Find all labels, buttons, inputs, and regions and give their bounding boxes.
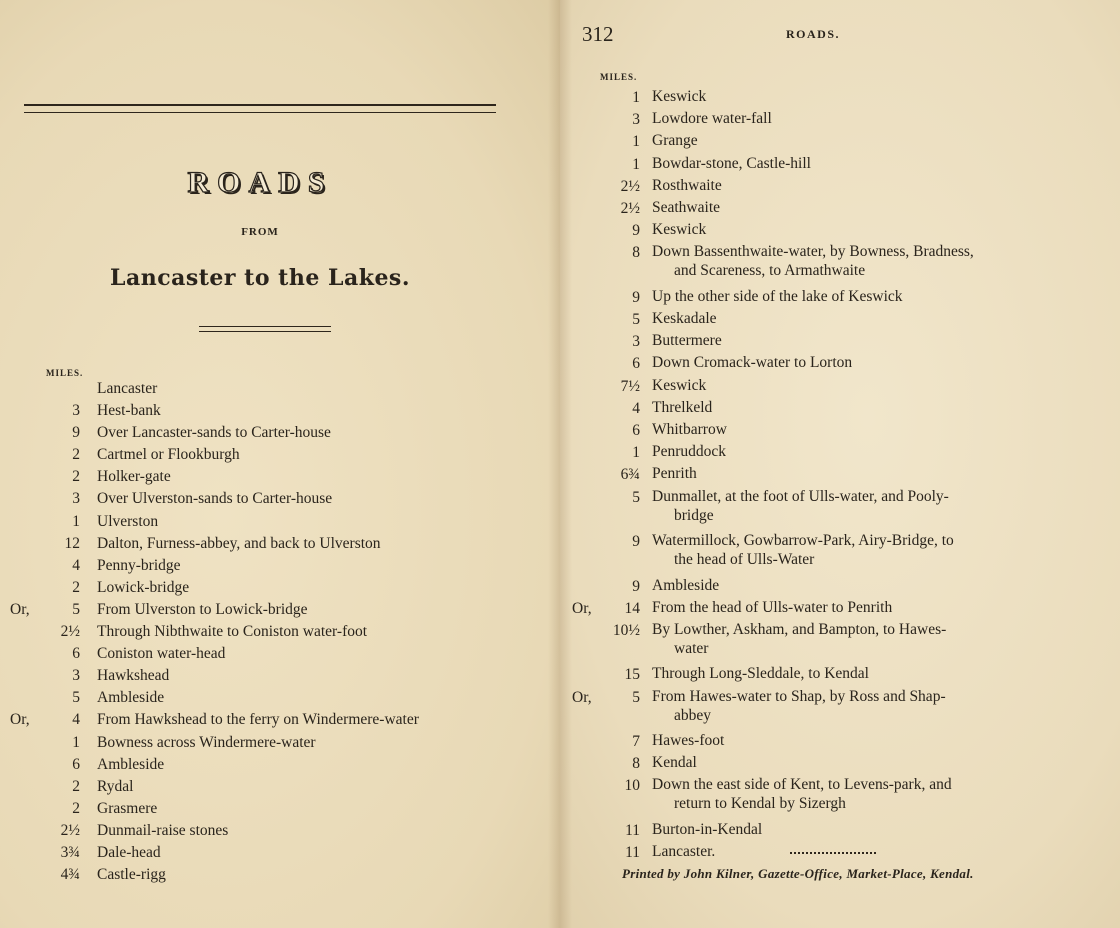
place-text: Cartmel or Flookburgh: [97, 446, 240, 463]
place-text: Ambleside: [652, 577, 719, 594]
place-name: Down Bassenthwaite-water, by Bowness, Br…: [652, 242, 1067, 280]
place-name: From Ulverston to Lowick-bridge: [97, 599, 308, 621]
place-text: Grange: [652, 132, 698, 149]
place-text: Down Bassenthwaite-water, by Bowness, Br…: [652, 243, 974, 260]
distance-miles: 12: [28, 533, 80, 555]
route-entry: 2½Through Nibthwaite to Coniston water-f…: [0, 621, 540, 643]
distance-miles: 6¾: [582, 464, 640, 486]
place-text: Burton-in-Kendal: [652, 821, 762, 838]
route-entry: 1Keswick: [560, 87, 1100, 109]
place-text: Ambleside: [97, 689, 164, 706]
route-entry: 1Grange: [560, 131, 1100, 153]
distance-miles: 6: [582, 420, 640, 442]
place-text: Lowdore water-fall: [652, 110, 772, 127]
distance-miles: 2½: [28, 820, 80, 842]
place-name: Through Nibthwaite to Coniston water-foo…: [97, 621, 367, 643]
distance-miles: 5: [582, 309, 640, 331]
place-text: Hawkshead: [97, 667, 169, 684]
distance-miles: 10½: [582, 620, 640, 642]
distance-miles: 1: [582, 442, 640, 464]
place-text: Threlkeld: [652, 399, 712, 416]
distance-miles: 7: [582, 731, 640, 753]
distance-miles: 4¾: [28, 864, 80, 886]
distance-miles: 2: [28, 444, 80, 466]
place-name: Lowick-bridge: [97, 577, 189, 599]
alternative-marker: Or,: [10, 709, 30, 731]
page-title: ROADS: [0, 166, 520, 200]
place-name: Ulverston: [97, 511, 158, 533]
place-name: Bowdar-stone, Castle-hill: [652, 154, 1067, 173]
route-entry: 2Cartmel or Flookburgh: [0, 444, 540, 466]
miles-column-header: MILES.: [46, 368, 83, 378]
place-text: Over Lancaster-sands to Carter-house: [97, 424, 331, 441]
alternative-marker: Or,: [10, 599, 30, 621]
place-text: From Ulverston to Lowick-bridge: [97, 601, 308, 618]
route-entry: 9Over Lancaster-sands to Carter-house: [0, 422, 540, 444]
distance-miles: 3¾: [28, 842, 80, 864]
place-text: From the head of Ulls-water to Penrith: [652, 599, 892, 616]
place-name: Buttermere: [652, 331, 1067, 350]
route-entry: 6Whitbarrow: [560, 420, 1100, 442]
place-text: By Lowther, Askham, and Bampton, to Hawe…: [652, 621, 946, 638]
distance-miles: 8: [582, 753, 640, 775]
route-entry: 1Bowness across Windermere-water: [0, 732, 540, 754]
distance-miles: 8: [582, 242, 640, 264]
place-name: Cartmel or Flookburgh: [97, 444, 240, 466]
place-text: Whitbarrow: [652, 421, 727, 438]
place-name: Watermillock, Gowbarrow-Park, Airy-Bridg…: [652, 531, 1067, 569]
route-entry: 9Keswick: [560, 220, 1100, 242]
route-entry: 5Dunmallet, at the foot of Ulls-water, a…: [560, 487, 1100, 532]
place-text: Dalton, Furness-abbey, and back to Ulver…: [97, 535, 381, 552]
place-name: Down Cromack-water to Lorton: [652, 353, 1067, 372]
place-name: Rosthwaite: [652, 176, 1067, 195]
place-continuation: and Scareness, to Armathwaite: [652, 261, 1067, 280]
route-entry: 4Penny-bridge: [0, 555, 540, 577]
route-entry: 1Ulverston: [0, 511, 540, 533]
route-entry: 2Grasmere: [0, 798, 540, 820]
route-entry: Or,14From the head of Ulls-water to Penr…: [560, 598, 1100, 620]
distance-miles: 4: [28, 709, 80, 731]
place-text: Hest-bank: [97, 402, 161, 419]
dotted-rule: [790, 852, 876, 854]
place-name: Burton-in-Kendal: [652, 820, 1067, 839]
distance-miles: 6: [28, 754, 80, 776]
route-entry: 3Hawkshead: [0, 665, 540, 687]
place-text: Over Ulverston-sands to Carter-house: [97, 490, 332, 507]
distance-miles: 2½: [582, 198, 640, 220]
place-text: Lancaster: [97, 380, 157, 397]
place-continuation: water: [652, 639, 1067, 658]
place-name: Rydal: [97, 776, 133, 798]
place-name: Seathwaite: [652, 198, 1067, 217]
place-name: Down the east side of Kent, to Levens-pa…: [652, 775, 1067, 813]
route-entry: 8Kendal: [560, 753, 1100, 775]
route-entry: 2½Rosthwaite: [560, 176, 1100, 198]
route-entry: 3Lowdore water-fall: [560, 109, 1100, 131]
distance-miles: 2: [28, 776, 80, 798]
route-entry: 9Ambleside: [560, 576, 1100, 598]
place-text: Dunmallet, at the foot of Ulls-water, an…: [652, 488, 949, 505]
place-text: Buttermere: [652, 332, 722, 349]
distance-miles: 1: [28, 732, 80, 754]
distance-miles: 5: [582, 687, 640, 709]
distance-miles: 3: [28, 400, 80, 422]
place-text: Seathwaite: [652, 199, 720, 216]
place-text: Dale-head: [97, 844, 161, 861]
place-name: Lowdore water-fall: [652, 109, 1067, 128]
distance-miles: 6: [582, 353, 640, 375]
place-name: Dale-head: [97, 842, 161, 864]
distance-miles: 2½: [582, 176, 640, 198]
place-name: Up the other side of the lake of Keswick: [652, 287, 1067, 306]
place-text: Kendal: [652, 754, 697, 771]
route-entry: 5Keskadale: [560, 309, 1100, 331]
route-entry: 2½Dunmail-raise stones: [0, 820, 540, 842]
distance-miles: 3: [582, 331, 640, 353]
distance-miles: 2: [28, 577, 80, 599]
place-name: Penrith: [652, 464, 1067, 483]
place-name: Bowness across Windermere-water: [97, 732, 316, 754]
place-name: Ambleside: [97, 687, 164, 709]
route-entry: 5Ambleside: [0, 687, 540, 709]
printer-imprint: Printed by John Kilner, Gazette-Office, …: [622, 866, 974, 882]
place-name: Through Long-Sleddale, to Kendal: [652, 664, 1067, 683]
place-text: Down the east side of Kent, to Levens-pa…: [652, 776, 952, 793]
place-text: Hawes-foot: [652, 732, 724, 749]
place-name: Keswick: [652, 220, 1067, 239]
place-name: Penny-bridge: [97, 555, 181, 577]
place-text: Rydal: [97, 778, 133, 795]
top-double-rule: [24, 104, 496, 113]
place-text: Penny-bridge: [97, 557, 181, 574]
route-entry: Or,5From Hawes-water to Shap, by Ross an…: [560, 687, 1100, 732]
place-continuation: return to Kendal by Sizergh: [652, 794, 1067, 813]
route-entry: 4Threlkeld: [560, 398, 1100, 420]
route-entry: 9Watermillock, Gowbarrow-Park, Airy-Brid…: [560, 531, 1100, 576]
distance-miles: 2: [28, 798, 80, 820]
page-number: 312: [582, 22, 614, 47]
route-entry: 10Down the east side of Kent, to Levens-…: [560, 775, 1100, 820]
place-text: Bowness across Windermere-water: [97, 734, 316, 751]
place-text: From Hawes-water to Shap, by Ross and Sh…: [652, 688, 946, 705]
distance-miles: 11: [582, 820, 640, 842]
distance-miles: 1: [582, 87, 640, 109]
distance-miles: 3: [582, 109, 640, 131]
distance-miles: 7½: [582, 376, 640, 398]
place-text: Up the other side of the lake of Keswick: [652, 288, 903, 305]
route-entry: 9Up the other side of the lake of Keswic…: [560, 287, 1100, 309]
route-entry: 3¾Dale-head: [0, 842, 540, 864]
place-name: Ambleside: [97, 754, 164, 776]
distance-miles: 9: [582, 220, 640, 242]
place-text: Keskadale: [652, 310, 717, 327]
place-text: From Hawkshead to the ferry on Windermer…: [97, 711, 419, 728]
place-text: Keswick: [652, 377, 706, 394]
place-text: Watermillock, Gowbarrow-Park, Airy-Bridg…: [652, 532, 954, 549]
route-entry: 7½Keswick: [560, 376, 1100, 398]
place-name: From Hawes-water to Shap, by Ross and Sh…: [652, 687, 1067, 725]
place-name: Over Lancaster-sands to Carter-house: [97, 422, 331, 444]
place-name: Keswick: [652, 376, 1067, 395]
place-text: Dunmail-raise stones: [97, 822, 228, 839]
distance-miles: 3: [28, 665, 80, 687]
route-entry: 3Hest-bank: [0, 400, 540, 422]
place-name: Dunmail-raise stones: [97, 820, 228, 842]
route-entry: 15Through Long-Sleddale, to Kendal: [560, 664, 1100, 686]
distance-miles: 2½: [28, 621, 80, 643]
place-text: Through Nibthwaite to Coniston water-foo…: [97, 623, 367, 640]
place-continuation: bridge: [652, 506, 1067, 525]
place-name: Grasmere: [97, 798, 157, 820]
route-entry: 2Lowick-bridge: [0, 577, 540, 599]
title-double-rule: [199, 326, 331, 332]
place-text: Grasmere: [97, 800, 157, 817]
distance-miles: 9: [582, 287, 640, 309]
place-name: By Lowther, Askham, and Bampton, to Hawe…: [652, 620, 1067, 658]
route-entry: 6Coniston water-head: [0, 643, 540, 665]
place-name: Keskadale: [652, 309, 1067, 328]
place-text: Lowick-bridge: [97, 579, 189, 596]
place-name: Kendal: [652, 753, 1067, 772]
place-text: Penruddock: [652, 443, 726, 460]
distance-miles: 5: [28, 599, 80, 621]
distance-miles: 3: [28, 488, 80, 510]
route-entry: 3Over Ulverston-sands to Carter-house: [0, 488, 540, 510]
place-name: Whitbarrow: [652, 420, 1067, 439]
place-name: Hawes-foot: [652, 731, 1067, 750]
distance-miles: 2: [28, 466, 80, 488]
place-text: Castle-rigg: [97, 866, 166, 883]
place-name: Ambleside: [652, 576, 1067, 595]
place-name: Hest-bank: [97, 400, 161, 422]
place-text: Ulverston: [97, 513, 158, 530]
route-entry: 6¾Penrith: [560, 464, 1100, 486]
route-entry: 3Buttermere: [560, 331, 1100, 353]
distance-miles: 6: [28, 643, 80, 665]
route-entry: 2½Seathwaite: [560, 198, 1100, 220]
route-entry: 1Penruddock: [560, 442, 1100, 464]
place-name: Over Ulverston-sands to Carter-house: [97, 488, 332, 510]
distance-miles: 5: [28, 687, 80, 709]
distance-miles: 14: [582, 598, 640, 620]
route-entry: 4¾Castle-rigg: [0, 864, 540, 886]
place-name: Holker-gate: [97, 466, 171, 488]
place-name: Dalton, Furness-abbey, and back to Ulver…: [97, 533, 381, 555]
distance-miles: 10: [582, 775, 640, 797]
place-name: Hawkshead: [97, 665, 169, 687]
distance-miles: 1: [28, 511, 80, 533]
route-entry: 2Rydal: [0, 776, 540, 798]
running-head: ROADS.: [786, 27, 840, 42]
place-name: Threlkeld: [652, 398, 1067, 417]
place-text: Penrith: [652, 465, 697, 482]
place-name: Coniston water-head: [97, 643, 225, 665]
place-text: Holker-gate: [97, 468, 171, 485]
left-page: ROADS FROM Lancaster to the Lakes. MILES…: [0, 0, 560, 928]
route-entry: 12Dalton, Furness-abbey, and back to Ulv…: [0, 533, 540, 555]
route-entry: 10½By Lowther, Askham, and Bampton, to H…: [560, 620, 1100, 665]
place-text: Rosthwaite: [652, 177, 722, 194]
route-entry: 7Hawes-foot: [560, 731, 1100, 753]
route-entry: 8Down Bassenthwaite-water, by Bowness, B…: [560, 242, 1100, 287]
route-entry: 11Burton-in-Kendal: [560, 820, 1100, 842]
distance-miles: 9: [582, 531, 640, 553]
distance-miles: 1: [582, 154, 640, 176]
distance-miles: 4: [28, 555, 80, 577]
place-text: Through Long-Sleddale, to Kendal: [652, 665, 869, 682]
place-name: Penruddock: [652, 442, 1067, 461]
title-from: FROM: [0, 226, 520, 238]
place-text: Coniston water-head: [97, 645, 225, 662]
place-continuation: the head of Ulls-Water: [652, 550, 1067, 569]
route-entry: Or,5From Ulverston to Lowick-bridge: [0, 599, 540, 621]
distance-miles: 9: [582, 576, 640, 598]
distance-miles: 15: [582, 664, 640, 686]
book-gutter: [548, 0, 572, 928]
place-text: Bowdar-stone, Castle-hill: [652, 155, 811, 172]
route-entry: 2Holker-gate: [0, 466, 540, 488]
page-subtitle: Lancaster to the Lakes.: [0, 265, 520, 291]
place-text: Lancaster.: [652, 843, 715, 860]
route-list: Lancaster3Hest-bank9Over Lancaster-sands…: [0, 378, 540, 886]
route-entry: Lancaster: [0, 378, 540, 400]
route-entry: 1Bowdar-stone, Castle-hill: [560, 154, 1100, 176]
distance-miles: 5: [582, 487, 640, 509]
place-text: Keswick: [652, 221, 706, 238]
distance-miles: 9: [28, 422, 80, 444]
right-page: MILES. 1Keswick3Lowdore water-fall1Grang…: [560, 0, 1120, 928]
place-text: Ambleside: [97, 756, 164, 773]
place-name: Dunmallet, at the foot of Ulls-water, an…: [652, 487, 1067, 525]
place-name: Keswick: [652, 87, 1067, 106]
place-name: From Hawkshead to the ferry on Windermer…: [97, 709, 419, 731]
place-continuation: abbey: [652, 706, 1067, 725]
place-name: From the head of Ulls-water to Penrith: [652, 598, 1067, 617]
place-text: Keswick: [652, 88, 706, 105]
miles-column-header: MILES.: [600, 72, 637, 82]
distance-miles: 1: [582, 131, 640, 153]
distance-miles: 4: [582, 398, 640, 420]
place-name: Lancaster: [97, 378, 157, 400]
place-name: Grange: [652, 131, 1067, 150]
place-text: Down Cromack-water to Lorton: [652, 354, 852, 371]
route-list: 1Keswick3Lowdore water-fall1Grange1Bowda…: [560, 87, 1100, 864]
route-entry: Or,4From Hawkshead to the ferry on Winde…: [0, 709, 540, 731]
route-entry: 6Down Cromack-water to Lorton: [560, 353, 1100, 375]
route-entry: 6Ambleside: [0, 754, 540, 776]
place-name: Castle-rigg: [97, 864, 166, 886]
distance-miles: 11: [582, 842, 640, 864]
